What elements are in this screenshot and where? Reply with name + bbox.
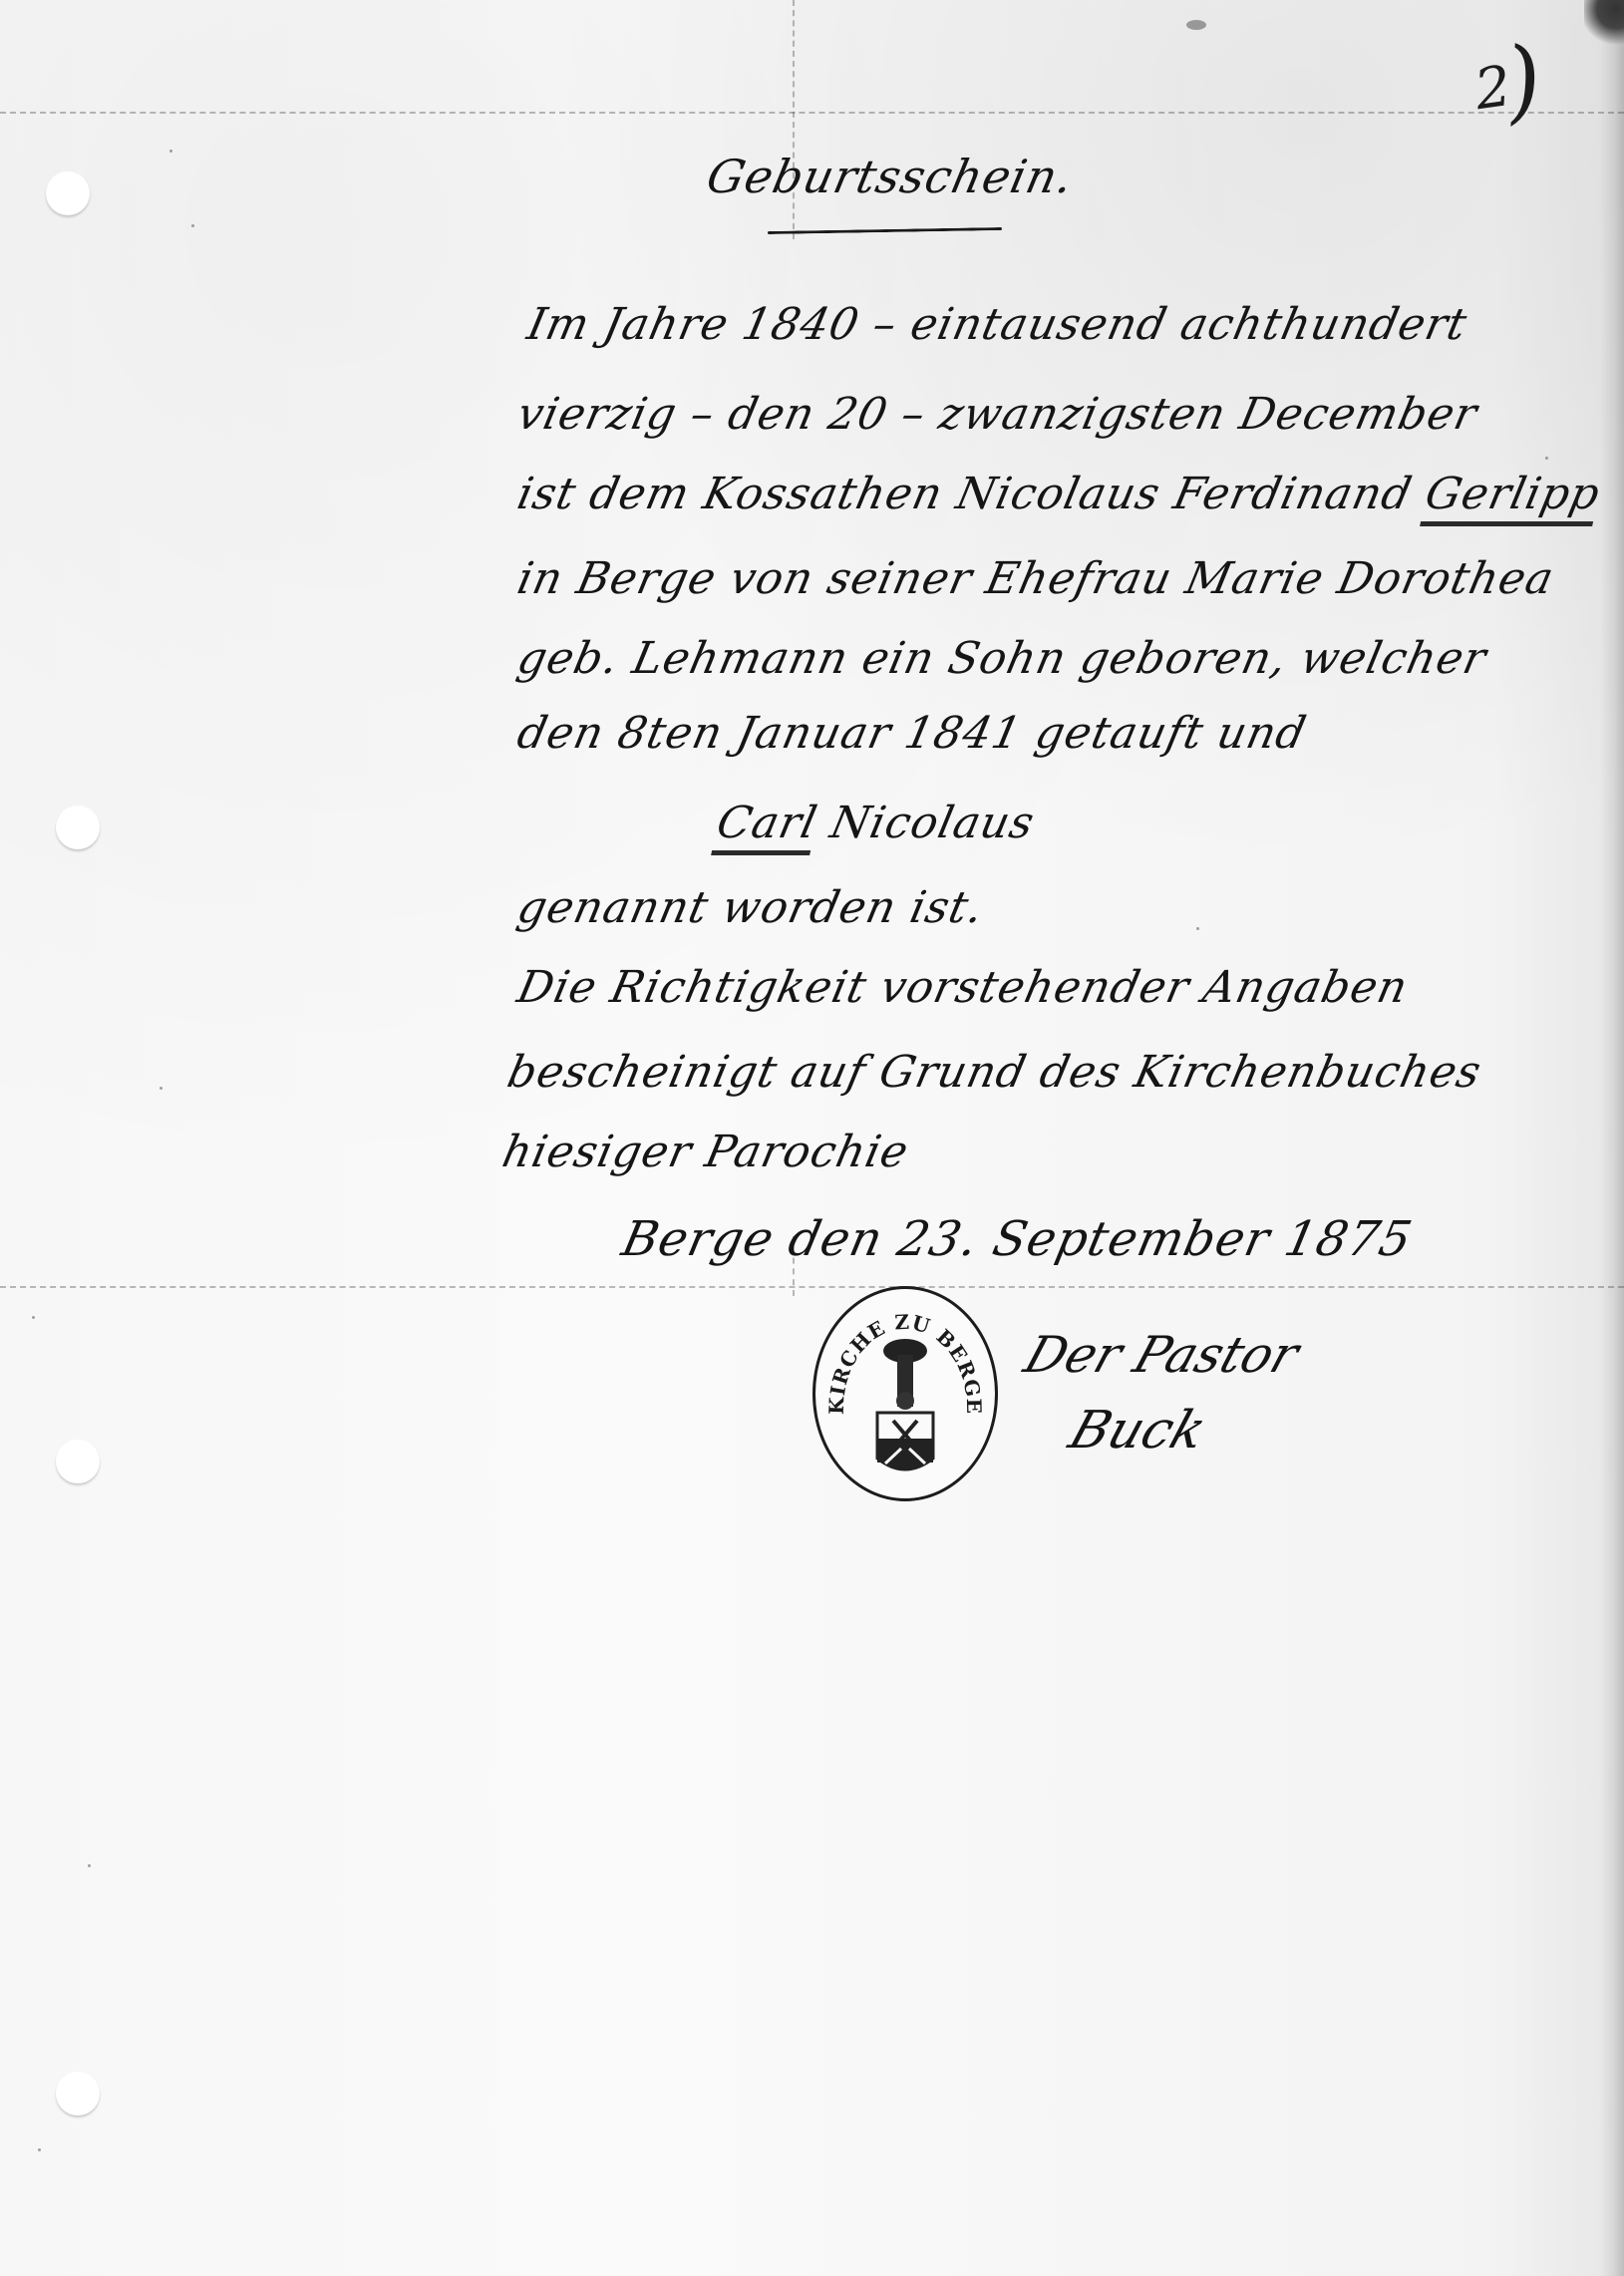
signature-name: Buck <box>1062 1401 1213 1461</box>
punch-hole <box>56 2072 100 2115</box>
scanner-edge-shadow <box>1600 0 1624 2276</box>
corner-toner-blot <box>1584 0 1624 45</box>
punch-hole <box>46 171 90 215</box>
speck <box>1186 20 1206 30</box>
speck <box>1196 927 1199 930</box>
signature-title: Der Pastor <box>1018 1326 1306 1384</box>
body-line-1: Im Jahre 1840 – eintausend achthundert <box>523 299 1472 350</box>
body-line-9: Die Richtigkeit vorstehender Angaben <box>513 962 1413 1013</box>
underlined-surname: Gerlipp <box>1420 469 1605 526</box>
body-line-3-text: ist dem Kossathen Nicolaus Ferdinand <box>513 469 1432 519</box>
title-underline <box>768 227 1002 234</box>
body-line-3: ist dem Kossathen Nicolaus Ferdinand Ger… <box>513 469 1605 519</box>
place-date-line: Berge den 23. September 1875 <box>617 1211 1418 1267</box>
body-line-2: vierzig – den 20 – zwanzigsten December <box>513 389 1482 440</box>
fold-line-vertical <box>793 0 795 239</box>
speck <box>88 1864 91 1867</box>
seal-emblem-icon: KIRCHE ZU BERGE <box>815 1289 995 1498</box>
punch-hole <box>56 1440 100 1483</box>
child-middle-name: Nicolaus <box>812 798 1040 848</box>
child-name: Carl Nicolaus <box>713 798 1040 848</box>
body-line-4: in Berge von seiner Ehefrau Marie Doroth… <box>513 553 1559 604</box>
church-seal: KIRCHE ZU BERGE <box>812 1286 998 1501</box>
body-line-10: bescheinigt auf Grund des Kirchenbuches <box>503 1047 1486 1098</box>
speck <box>191 224 194 227</box>
punch-hole <box>56 806 100 849</box>
body-line-6: den 8ten Januar 1841 getauft und <box>513 708 1311 759</box>
fold-line-top <box>0 112 1624 114</box>
underlined-first-name: Carl <box>711 798 821 855</box>
speck <box>38 2148 41 2151</box>
speck <box>160 1087 162 1090</box>
body-line-11: hiesiger Parochie <box>498 1127 914 1177</box>
speck <box>169 150 172 153</box>
page-number: 2) <box>1466 18 1547 131</box>
scanned-document-page: 2) Geburtsschein. Im Jahre 1840 – eintau… <box>0 0 1624 2276</box>
body-line-5: geb. Lehmann ein Sohn geboren, welcher <box>513 633 1491 684</box>
speck <box>32 1316 35 1319</box>
speck <box>1545 457 1548 460</box>
fold-line-middle <box>0 1286 1624 1288</box>
body-line-8: genannt worden ist. <box>513 882 989 933</box>
document-title: Geburtsschein. <box>702 150 1079 203</box>
